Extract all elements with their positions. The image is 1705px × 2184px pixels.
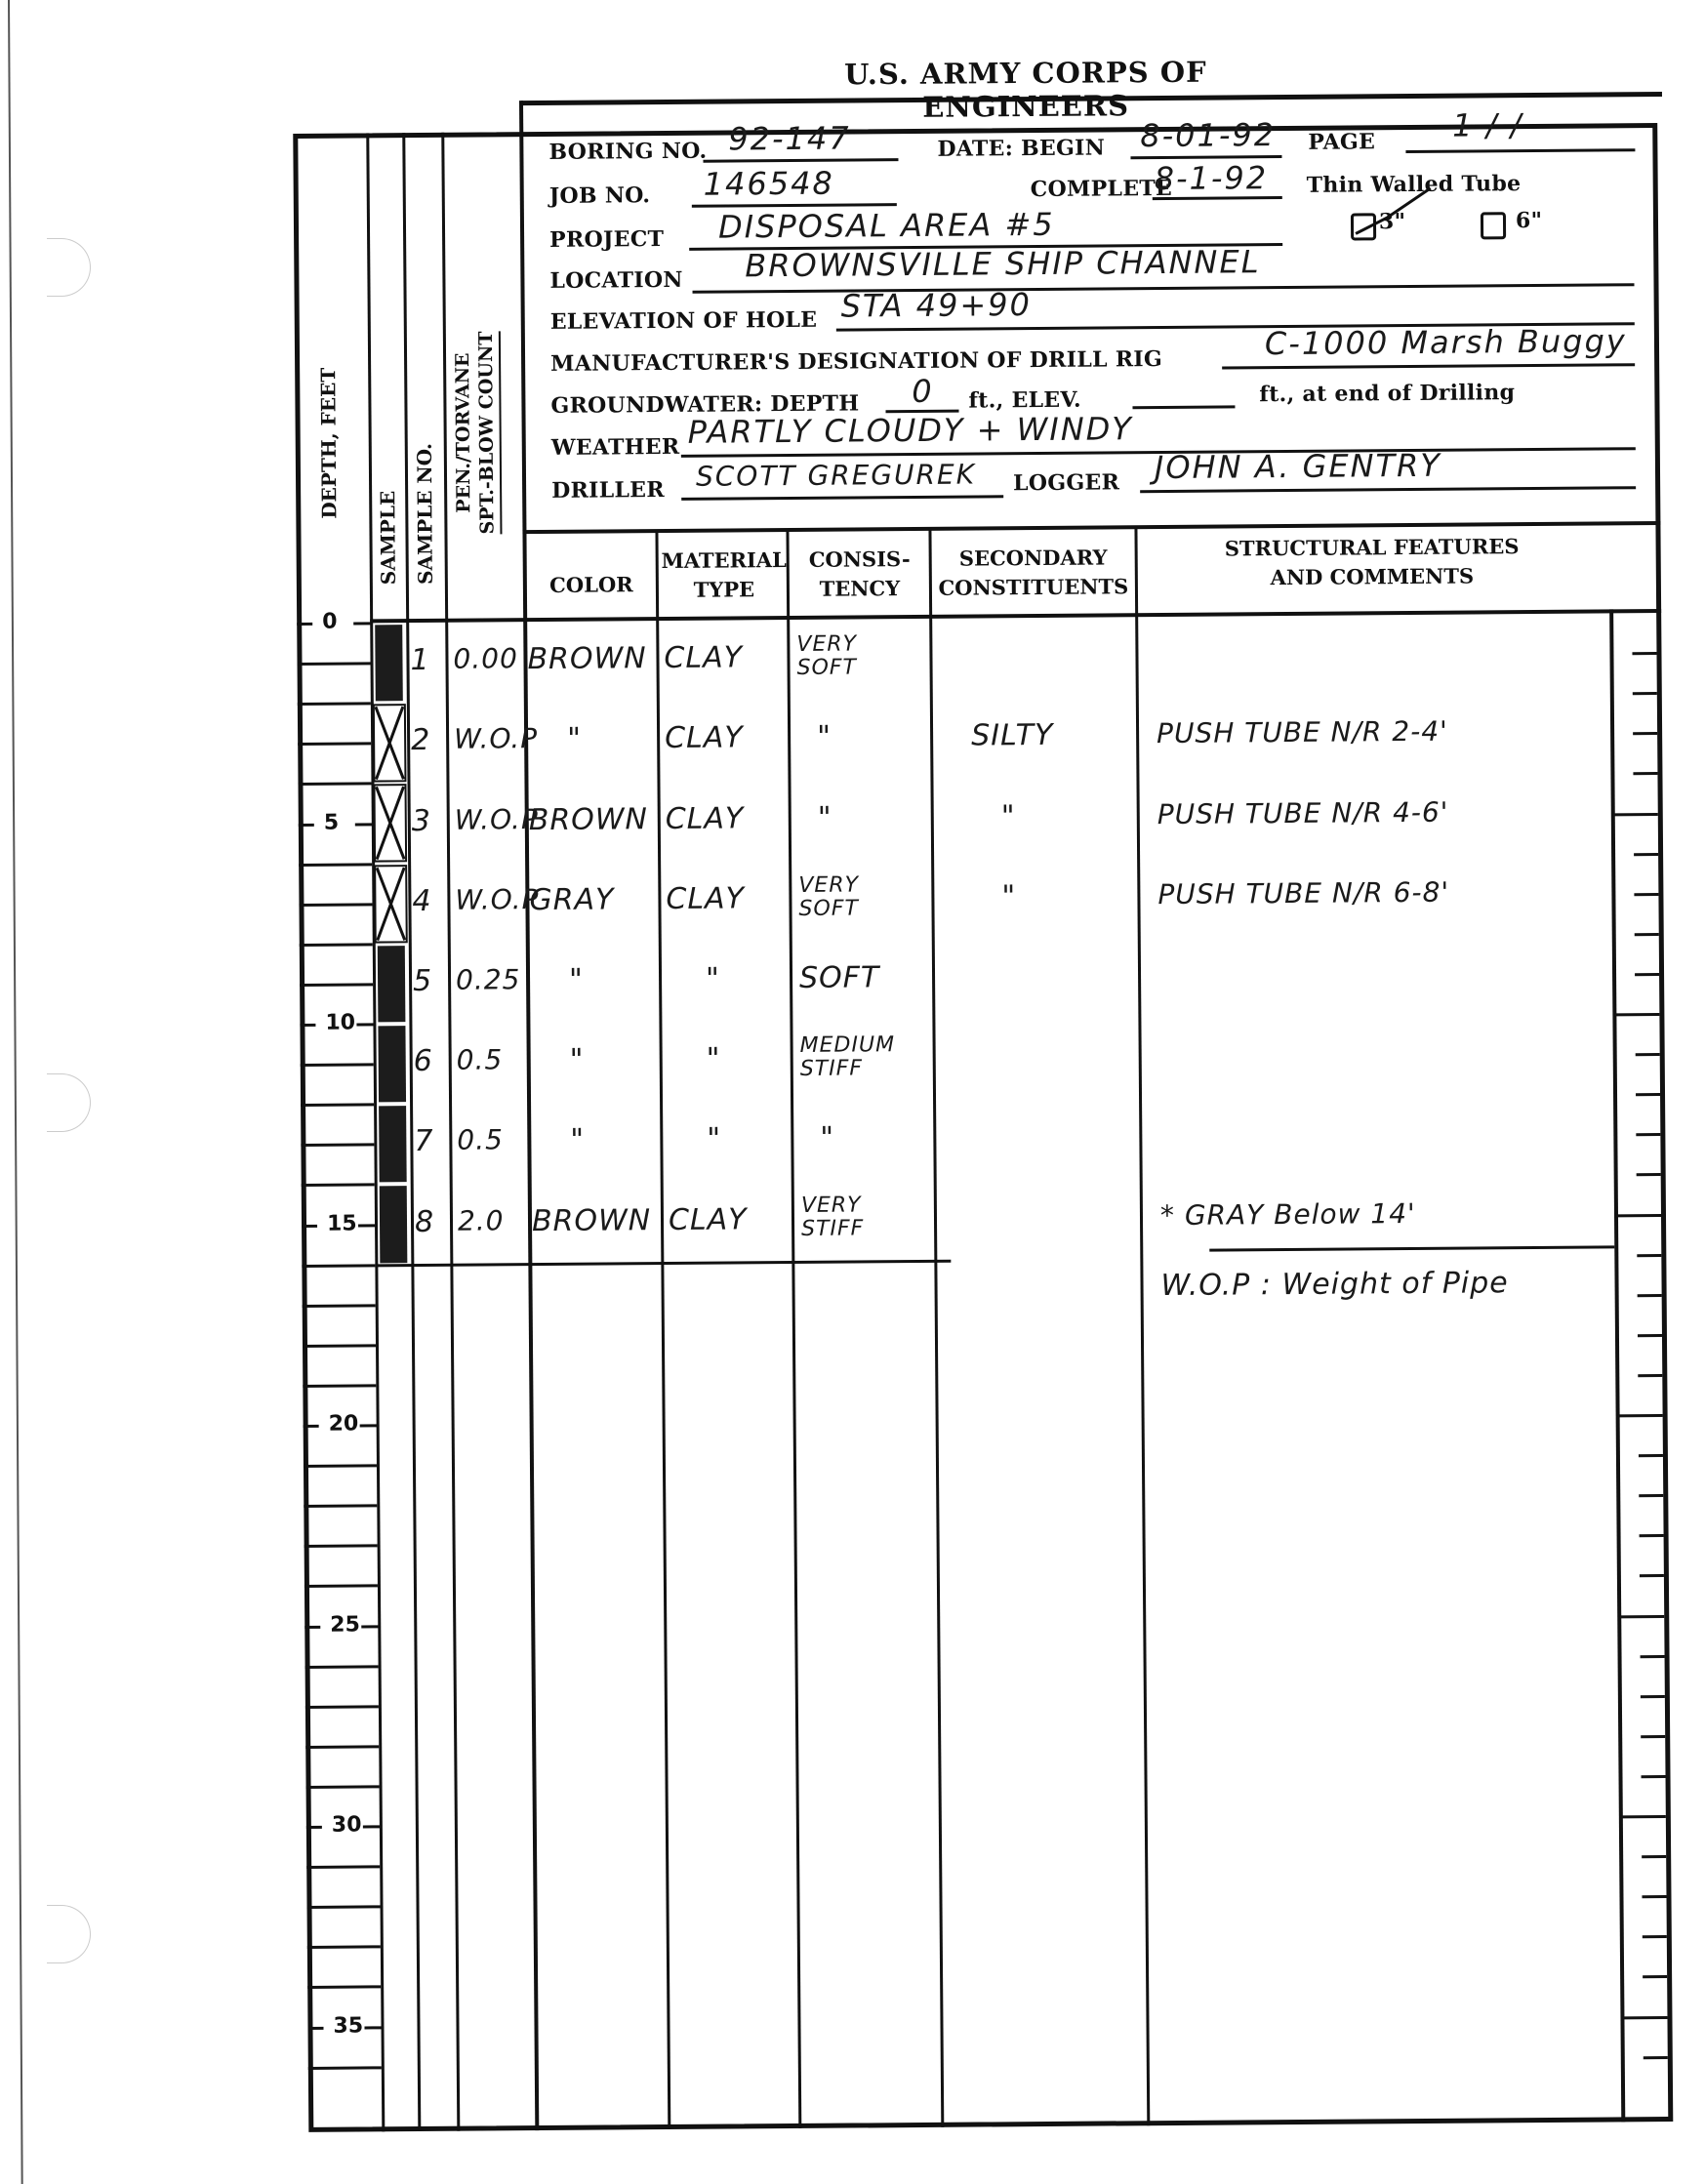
- drill-rig-value[interactable]: C-1000 Marsh Buggy: [1265, 322, 1627, 362]
- boring-no-label: BORING NO.: [548, 139, 707, 165]
- tick: [1640, 1534, 1664, 1537]
- tick: [1637, 1254, 1661, 1257]
- depth-label: 25: [330, 1612, 360, 1637]
- tick: [1639, 1494, 1663, 1497]
- depth-gridline: [304, 1505, 377, 1509]
- job-no-label: JOB NO.: [549, 182, 651, 209]
- tick: [1636, 1053, 1660, 1056]
- col-consistency-line2: TENCY: [820, 576, 901, 601]
- boring-log-form: DEPTH, FEET SAMPLE SAMPLE NO. PEN./TORVA…: [293, 92, 1673, 2132]
- tick: [1614, 1013, 1659, 1016]
- tick: [1639, 1454, 1663, 1457]
- page-value[interactable]: 1 / /: [1452, 106, 1523, 144]
- tick: [1622, 2015, 1667, 2018]
- cell-secondary: SILTY: [971, 718, 1053, 753]
- cell-comment: PUSH TUBE N/R 6-8': [1157, 875, 1449, 910]
- sample-recovered-marker: [380, 1187, 408, 1263]
- cell-consistency: SOFT: [799, 960, 880, 995]
- cell-no: 7: [414, 1124, 433, 1158]
- depth-gridline: [304, 1545, 378, 1549]
- drill-rig-label: MANUFACTURER'S DESIGNATION OF DRILL RIG: [550, 346, 1162, 377]
- depth-label: 20: [329, 1412, 359, 1436]
- depth-gridline: [303, 1384, 376, 1388]
- punch-hole: [47, 1905, 91, 1963]
- sample-recovered-marker: [378, 1026, 406, 1102]
- cell-no: 8: [415, 1204, 434, 1238]
- gw-end-label: ft., at end of Drilling: [1259, 380, 1515, 407]
- cell-no: 6: [414, 1044, 433, 1078]
- tick: [1641, 1695, 1665, 1698]
- cell-color: BROWN: [532, 1203, 651, 1238]
- tube-6in-label: 6": [1516, 208, 1543, 233]
- depth-label: 30: [332, 1813, 362, 1838]
- col-secondary-header: SECONDARYCONSTITUENTS: [932, 543, 1135, 603]
- elevation-value[interactable]: STA 49+90: [841, 286, 1033, 325]
- project-label: PROJECT: [549, 226, 664, 253]
- sample-no-recovery-x-icon: [373, 864, 409, 944]
- cell-consistency: ": [820, 1121, 834, 1155]
- depth-gridline: [308, 2066, 382, 2070]
- col-color-header: COLOR: [527, 570, 656, 600]
- sample-no-recovery-x-icon: [372, 783, 408, 863]
- cell-pen: 0.00: [453, 642, 518, 675]
- driller-value[interactable]: SCOTT GREGUREK: [696, 459, 976, 493]
- pen-spt-heading: PEN./TORVANESPT.-BLOW COUNT: [450, 286, 499, 579]
- cell-color: ": [570, 1123, 585, 1157]
- tick: [1632, 652, 1656, 655]
- tick: [364, 2026, 382, 2029]
- tick: [1618, 1414, 1663, 1417]
- depth-gridline: [306, 1865, 380, 1869]
- cell-material: ": [706, 961, 720, 995]
- depth-label: 35: [333, 2013, 363, 2038]
- page-edge: [8, 0, 23, 2184]
- date-begin-label: DATE: BEGIN: [937, 135, 1105, 161]
- tick: [1642, 1775, 1666, 1778]
- tick: [1640, 1574, 1664, 1577]
- punch-hole: [47, 238, 91, 297]
- tick: [1636, 1133, 1660, 1136]
- elevation-label: ELEVATION OF HOLE: [550, 307, 818, 335]
- cell-pen: 0.25: [456, 963, 521, 996]
- col-secondary-line1: SECONDARY: [959, 545, 1108, 570]
- cell-material: ": [707, 1042, 721, 1076]
- cell-color: ": [569, 963, 584, 997]
- tick: [1619, 1615, 1664, 1618]
- spt-blow-count-heading: SPT.-BLOW COUNT: [475, 331, 503, 534]
- tick: [1621, 1815, 1666, 1818]
- cell-no: 3: [412, 803, 431, 837]
- logger-value[interactable]: JOHN A. GENTRY: [1155, 447, 1441, 486]
- tick: [1638, 1374, 1662, 1377]
- col-structural-line2: AND COMMENTS: [1270, 564, 1474, 590]
- tick: [1613, 813, 1658, 816]
- location-value[interactable]: BROWNSVILLE SHIP CHANNEL: [745, 243, 1260, 284]
- col-material-line2: TYPE: [694, 577, 755, 601]
- tick: [306, 1826, 322, 1829]
- tick: [1637, 1173, 1661, 1176]
- depth-gridline: [304, 1464, 377, 1468]
- boring-no-value[interactable]: 92-147: [728, 120, 851, 158]
- sample-recovered-marker: [378, 946, 406, 1022]
- cell-pen: 0.5: [457, 1124, 504, 1156]
- driller-label: DRILLER: [551, 477, 665, 504]
- cell-no: 4: [412, 884, 431, 918]
- tick: [1635, 933, 1659, 936]
- tube-3in-label: 3": [1379, 209, 1406, 234]
- tick: [1638, 1334, 1662, 1337]
- tick: [1644, 2056, 1668, 2059]
- punch-hole: [47, 1073, 91, 1132]
- cell-consistency: VERYSOFT: [796, 632, 857, 679]
- tick: [1633, 692, 1657, 695]
- pen-torvane-heading: PEN./TORVANE: [452, 352, 474, 512]
- cell-comment: PUSH TUBE N/R 4-6': [1157, 795, 1449, 829]
- cell-material: CLAY: [665, 721, 744, 756]
- location-label: LOCATION: [549, 267, 683, 294]
- sample-recovered-marker: [379, 1106, 407, 1182]
- cell-consistency: VERYSTIFF: [801, 1194, 865, 1242]
- tick: [361, 1625, 379, 1628]
- cell-comment: * GRAY Below 14': [1160, 1196, 1416, 1231]
- cell-color: BROWN: [527, 641, 646, 676]
- groundwater-depth-value[interactable]: 0: [912, 373, 934, 410]
- cell-secondary: ": [1001, 799, 1016, 833]
- tick: [1643, 1935, 1667, 1938]
- tube-6in-checkbox[interactable]: [1481, 212, 1506, 239]
- depth-gridline: [305, 1745, 379, 1749]
- col-structural-header: STRUCTURAL FEATURESAND COMMENTS: [1138, 531, 1606, 593]
- cell-material: CLAY: [669, 1202, 748, 1237]
- sample-no-heading: SAMPLE NO.: [412, 404, 436, 585]
- cell-no: 2: [411, 723, 430, 757]
- page-label: PAGE: [1308, 129, 1375, 155]
- job-no-value[interactable]: 146548: [704, 165, 834, 203]
- cell-color: ": [567, 722, 582, 756]
- tick: [1634, 853, 1658, 856]
- cell-material: CLAY: [666, 881, 745, 916]
- tick: [363, 1825, 381, 1828]
- depth-gridline: [304, 1585, 378, 1589]
- cell-secondary: ": [1001, 879, 1016, 913]
- depth-gridline: [307, 1986, 381, 1990]
- col-material-line1: MATERIAL: [661, 547, 787, 573]
- depth-gridline: [306, 1785, 380, 1789]
- complete-label: COMPLETE: [1031, 176, 1173, 202]
- sample-heading: SAMPLE: [376, 438, 400, 585]
- tick: [360, 1424, 378, 1427]
- tick: [1635, 973, 1659, 976]
- tick: [1633, 772, 1657, 775]
- tick: [1636, 1093, 1660, 1096]
- cell-consistency: ": [817, 720, 832, 754]
- col-structural-line1: STRUCTURAL FEATURES: [1225, 534, 1520, 560]
- cell-consistency: ": [818, 800, 832, 834]
- tick: [1641, 1655, 1665, 1658]
- col-material-header: MATERIALTYPE: [660, 546, 789, 605]
- date-begin-value[interactable]: 8-01-92: [1140, 116, 1276, 154]
- cell-color: GRAY: [529, 882, 614, 917]
- cell-material: ": [707, 1122, 721, 1156]
- tick: [1633, 732, 1657, 735]
- cell-comment: PUSH TUBE N/R 2-4': [1157, 715, 1448, 749]
- gw-elev-label: ft., ELEV.: [968, 387, 1081, 414]
- cell-consistency: VERYSOFT: [798, 873, 859, 920]
- depth-gridline: [303, 1344, 376, 1348]
- tick: [1616, 1214, 1661, 1217]
- tick: [1641, 1735, 1665, 1738]
- sample-recovered-marker: [375, 625, 403, 701]
- tick: [304, 1625, 320, 1628]
- weather-value[interactable]: PARTLY CLOUDY + WINDY: [688, 410, 1133, 451]
- logger-label: LOGGER: [1013, 469, 1119, 496]
- tick: [1634, 893, 1658, 896]
- tick: [1642, 1895, 1666, 1898]
- cell-pen: W.O.P: [455, 883, 539, 916]
- date-complete-value[interactable]: 8-1-92: [1154, 159, 1268, 197]
- tick: [1638, 1294, 1662, 1297]
- cell-material: CLAY: [664, 640, 743, 675]
- cell-pen: W.O.P: [454, 722, 538, 755]
- col-consistency-header: CONSIS-TENCY: [791, 545, 929, 604]
- tick: [304, 1425, 319, 1428]
- cell-no: 1: [410, 643, 429, 677]
- weather-label: WEATHER: [551, 434, 680, 461]
- depth-feet-heading: DEPTH, FEET: [316, 298, 342, 590]
- sample-no-recovery-x-icon: [372, 703, 408, 783]
- col-secondary-line2: CONSTITUENTS: [938, 574, 1128, 600]
- wop-legend-note: W.O.P : Weight of Pipe: [1160, 1266, 1508, 1303]
- cell-color: BROWN: [529, 802, 648, 837]
- cell-material: CLAY: [666, 801, 745, 836]
- depth-gridline: [307, 1906, 381, 1910]
- cell-no: 5: [413, 964, 432, 998]
- depth-gridline: [303, 1304, 376, 1308]
- tick: [1643, 1975, 1667, 1978]
- cell-color: ": [570, 1043, 585, 1077]
- depth-gridline: [305, 1665, 379, 1669]
- tick: [1642, 1855, 1666, 1858]
- depth-gridline: [305, 1705, 379, 1709]
- col-consistency-line1: CONSIS-: [809, 546, 911, 572]
- project-value[interactable]: DISPOSAL AREA #5: [718, 206, 1055, 246]
- cell-pen: W.O.P: [455, 803, 539, 836]
- cell-pen: 2.0: [458, 1204, 505, 1236]
- cell-consistency: MEDIUMSTIFF: [800, 1033, 896, 1081]
- tick: [307, 2026, 323, 2029]
- cell-pen: 0.5: [457, 1043, 504, 1075]
- depth-gridline: [307, 1946, 381, 1950]
